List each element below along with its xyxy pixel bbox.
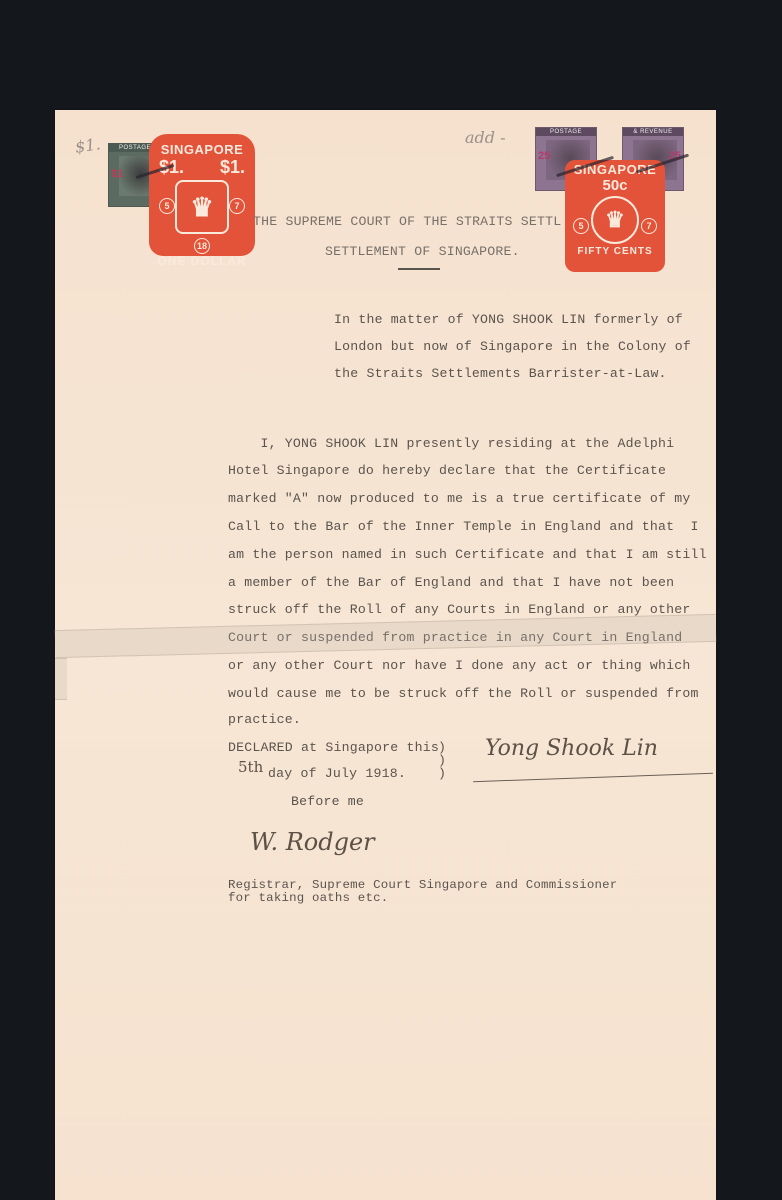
- stamp-denomination: FIFTY CENTS: [565, 246, 665, 257]
- declaration-line-4: Call to the Bar of the Inner Temple in E…: [228, 519, 699, 534]
- stamp-value-right: $1.: [220, 157, 245, 178]
- declaration-line-9: or any other Court nor have I done any a…: [228, 658, 691, 673]
- before-me-label: Before me: [291, 794, 364, 809]
- repair-tape-edge: [55, 658, 67, 700]
- registrar-line-2: for taking oaths etc.: [228, 891, 388, 905]
- declaration-line-1: I, YONG SHOOK LIN presently residing at …: [228, 436, 674, 451]
- stamp-denomination: ONE DOLLAR: [149, 254, 255, 268]
- stamp-label: POSTAGE: [536, 128, 596, 136]
- declaration-line-6: a member of the Bar of England and that …: [228, 575, 674, 590]
- declarant-signature: Yong Shook Lin: [485, 736, 658, 761]
- stamp-num-left: 5: [573, 218, 589, 234]
- declaration-line-3: marked "A" now produced to me is a true …: [228, 491, 691, 506]
- declaration-line-5: am the person named in such Certificate …: [228, 547, 707, 562]
- declaration-line-7: struck off the Roll of any Courts in Eng…: [228, 602, 691, 617]
- handwritten-day: 5th: [238, 758, 263, 776]
- stamp-num-bottom: 18: [194, 238, 210, 254]
- matter-line-1: In the matter of YONG SHOOK LIN formerly…: [334, 312, 683, 327]
- jurat-line-1: DECLARED at Singapore this: [228, 740, 439, 755]
- declaration-line-8: Court or suspended from practice in any …: [228, 630, 682, 645]
- pencil-note-add: add -: [465, 128, 506, 147]
- matter-line-2: London but now of Singapore in the Colon…: [334, 339, 691, 354]
- stamp-num-right: 7: [641, 218, 657, 234]
- crown-icon: ♛: [591, 196, 639, 244]
- declaration-line-2: Hotel Singapore do hereby declare that t…: [228, 463, 666, 478]
- matter-line-3: the Straits Settlements Barrister-at-Law…: [334, 366, 667, 381]
- document-page: $1. add - POSTAGE $1 SINGAPORE $1.$1. ♛ …: [55, 110, 716, 1200]
- stamp-num-right: 7: [229, 198, 245, 214]
- pencil-note-amount: $1.: [74, 134, 102, 156]
- court-heading-line1: THE SUPREME COURT OF THE STRAITS SETTL: [253, 214, 561, 229]
- stamp-label: & REVENUE: [623, 128, 683, 136]
- stamp-value: $1: [111, 168, 123, 180]
- declaration-line-10: would cause me to be struck off the Roll…: [228, 686, 699, 701]
- jurat-line-2: day of July 1918.: [268, 766, 406, 781]
- stamp-value: 50c: [565, 177, 665, 194]
- revenue-stamp-one-dollar: SINGAPORE $1.$1. ♛ 5 7 18 ONE DOLLAR: [149, 134, 255, 256]
- court-heading-line2: SETTLEMENT OF SINGAPORE.: [325, 244, 520, 259]
- stamp-value: 25: [538, 150, 550, 162]
- signature-line: [473, 773, 713, 782]
- stamp-num-left: 5: [159, 198, 175, 214]
- commissioner-signature: W. Rodger: [250, 828, 375, 856]
- crown-icon: ♛: [175, 180, 229, 234]
- registrar-line-1: Registrar, Supreme Court Singapore and C…: [228, 878, 617, 892]
- declaration-line-11: practice.: [228, 712, 301, 727]
- jurat-bracket: ): [438, 766, 446, 781]
- heading-underline: [398, 268, 440, 270]
- stamp-country: SINGAPORE: [149, 142, 255, 157]
- revenue-stamp-fifty-cents: SINGAPORE 50c ♛ 5 7 FIFTY CENTS: [565, 160, 665, 272]
